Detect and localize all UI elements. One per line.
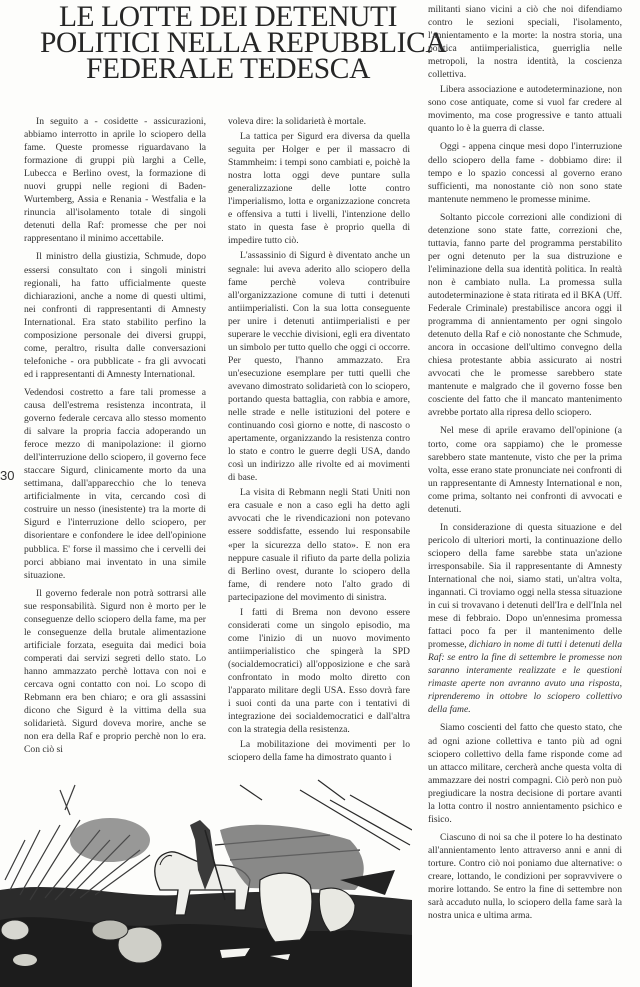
engraving-image-icon [0, 770, 412, 987]
paragraph: In considerazione di questa situazione e… [428, 521, 622, 717]
text-column-left: In seguito a - cosidette - assicurazioni… [24, 115, 206, 761]
paragraph: Siamo coscienti del fatto che questo sta… [428, 721, 622, 825]
paragraph: La mobilitazione dei movimenti per lo sc… [228, 738, 410, 764]
declaration-italic: dichiaro in nome di tutti i detenuti del… [428, 639, 622, 715]
paragraph: In seguito a - cosidette - assicurazioni… [24, 115, 206, 245]
paragraph: militanti siano vicini a ciò che noi dif… [428, 3, 622, 81]
margin-page-number: 30 [0, 468, 14, 483]
paragraph: Oggi - appena cinque mesi dopo l'interru… [428, 140, 622, 205]
paragraph: voleva dire: la solidarietà è mortale. [228, 115, 410, 128]
text-column-middle: voleva dire: la solidarietà è mortale. L… [228, 115, 410, 769]
paragraph: Libera associazione e autodeterminazione… [428, 83, 622, 135]
text-column-right: militanti siano vicini a ciò che noi dif… [428, 3, 622, 927]
paragraph: Il governo federale non potrà sottrarsi … [24, 587, 206, 757]
paragraph-plain: In considerazione di questa situazione e… [428, 522, 622, 650]
paragraph: La tattica per Sigurd era diversa da que… [228, 130, 410, 247]
paragraph: Il ministro della giustizia, Schmude, do… [24, 250, 206, 380]
paragraph: Ciascuno di noi sa che il potere lo ha d… [428, 831, 622, 922]
paragraph: I fatti di Brema non devono essere consi… [228, 606, 410, 736]
paragraph: Vedendosi costretto a fare tali promesse… [24, 386, 206, 582]
paragraph: La visita di Rebmann negli Stati Uniti n… [228, 486, 410, 603]
paragraph: Nel mese di aprile eravamo dell'opinione… [428, 424, 622, 515]
paragraph: L'assassinio di Sigurd è diventato anche… [228, 249, 410, 484]
article-title: LE LOTTE DEI DETENUTI POLITICI NELLA REP… [40, 4, 416, 82]
title-line-3: FEDERALE TEDESCA [40, 56, 416, 82]
battle-engraving-illustration [0, 770, 412, 987]
paragraph: Soltanto piccole correzioni alle condizi… [428, 211, 622, 420]
